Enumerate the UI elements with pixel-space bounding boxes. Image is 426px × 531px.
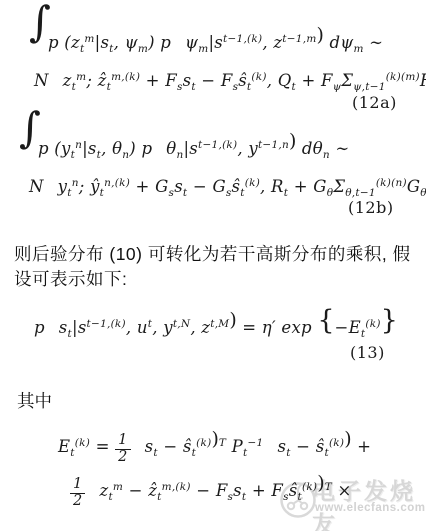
eq13-number: (13)	[350, 343, 385, 362]
energy-eq-line1: Et(k) = 12 st − ŝt(k))T Pt−1 st − ŝt(k))…	[58, 428, 371, 466]
eq12a-gaussian: N ztm; ẑtm,(k) + Fsst − Fsŝt(k), Qt + Fψ…	[34, 62, 426, 93]
where-label: 其中	[17, 389, 52, 414]
eq12b-integrand: p (ytn|st, θn) p θn|st−1,(k), yt−1,n) dθ…	[38, 130, 350, 161]
body-paragraph: 则后验分布 (10) 可转化为若干高斯分布的乘积, 假设可表示如下:	[14, 242, 418, 292]
eq12b-number: (12b)	[348, 198, 394, 217]
energy-eq-line2: 12 ztm − ẑtm,(k) − Fsst + Fsŝt(k))T ×	[70, 472, 352, 510]
eq12a-number: (12a)	[352, 93, 397, 112]
paper-page: 电子发烧友 www.elecfans.com ∫ p (ztm|st, ψm) …	[0, 0, 426, 531]
eq13-posterior: p st|st−1,(k), ut, yt,N, zt,M) = η′ exp …	[34, 305, 398, 340]
eq12b-gaussian: N ytn; ŷtn,(k) + Gsst − Gsŝt(k), Rt + Gθ…	[29, 168, 426, 199]
eq12a-integrand: p (ztm|st, ψm) p ψm|st−1,(k), zt−1,m) dψ…	[48, 24, 383, 55]
